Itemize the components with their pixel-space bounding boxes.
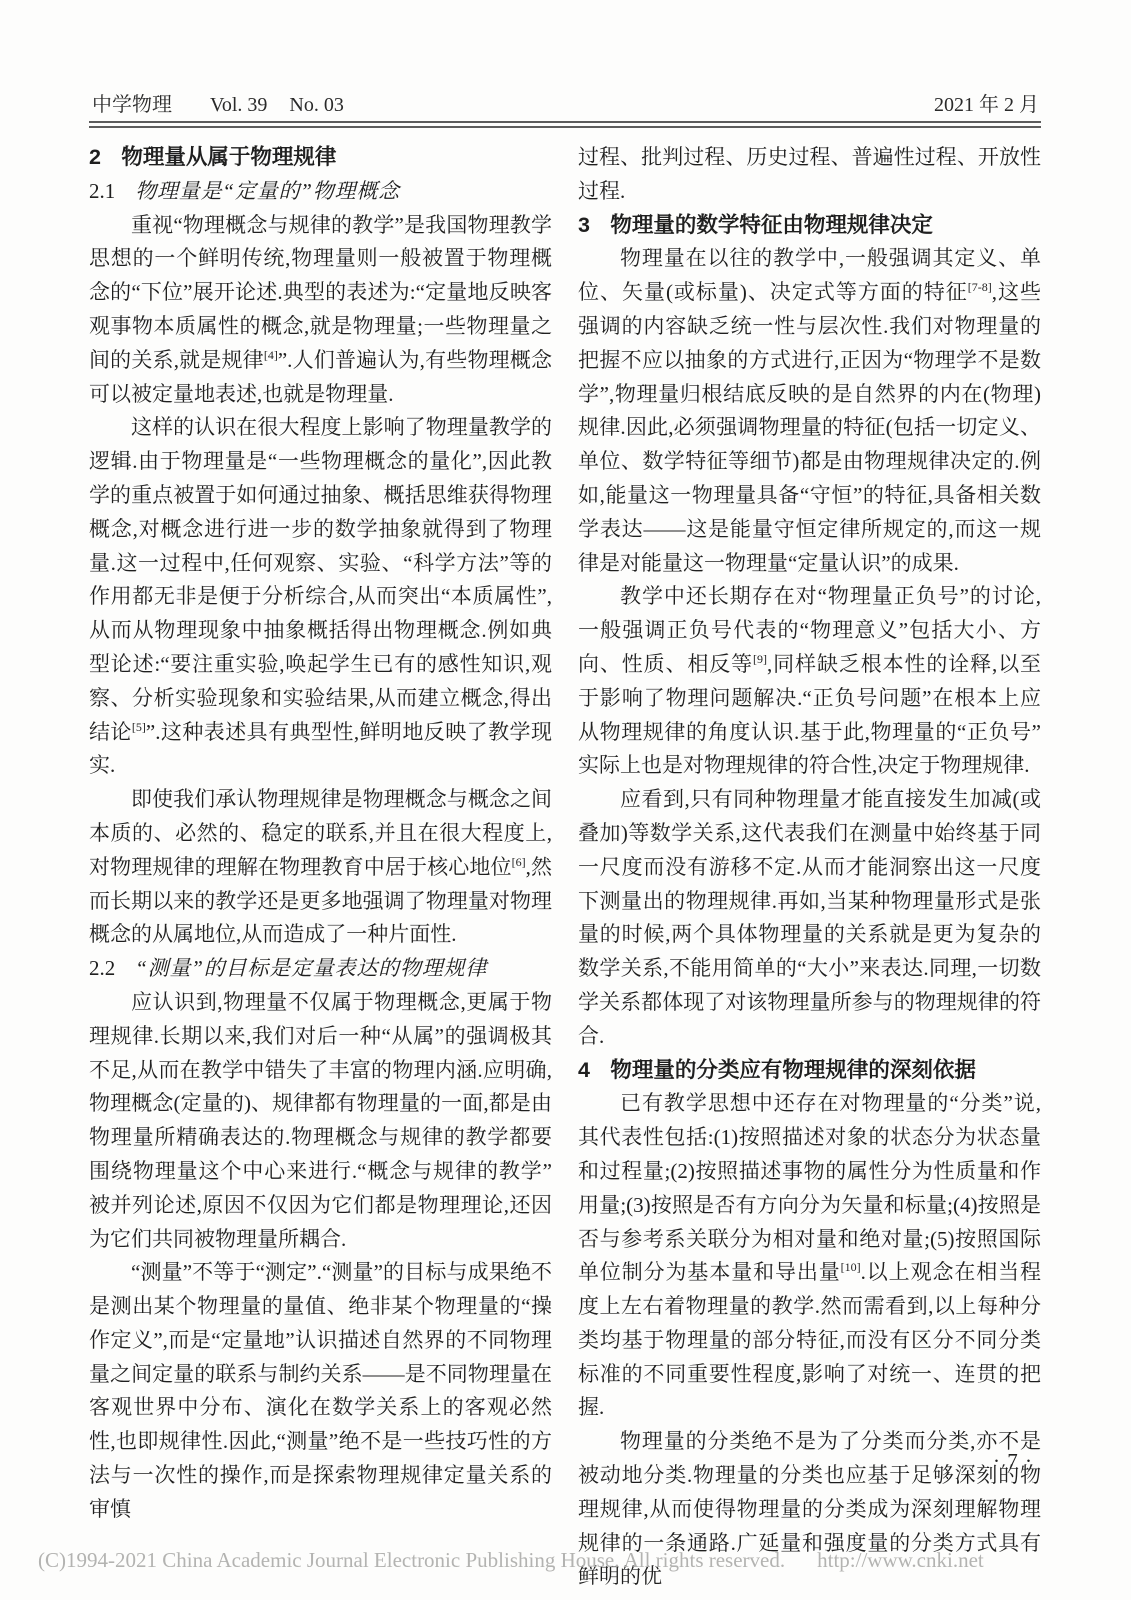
citation-ref: [6] — [512, 855, 526, 869]
journal-title: 中学物理 — [92, 94, 172, 116]
issue-date: 2021 年 2 月 — [934, 88, 1039, 117]
journal-volume: Vol. 39 — [210, 94, 267, 116]
paragraph: 应认识到,物理量不仅属于物理概念,更属于物理规律.长期以来,我们对后一种“从属”… — [89, 986, 552, 1256]
header-rule — [89, 121, 1041, 128]
heading-text: 物理量的分类应有物理规律的深刻依据 — [610, 1058, 976, 1082]
paragraph: 重视“物理概念与规律的教学”是我国物理教学思想的一个鲜明传统,物理量则一般被置于… — [89, 209, 552, 412]
heading-number: 2.2 — [89, 956, 115, 980]
page-number: · 7 · — [993, 1449, 1033, 1474]
copyright-text: (C)1994-2021 China Academic Journal Elec… — [38, 1548, 785, 1572]
heading-text: 物理量的数学特征由物理规律决定 — [610, 213, 933, 237]
paragraph: 即使我们承认物理规律是物理概念与概念之间本质的、必然的、稳定的联系,并且在很大程… — [89, 783, 552, 952]
heading-text: 物理量是“定量的”物理概念 — [135, 179, 400, 203]
journal-info: 中学物理Vol. 39No. 03 — [92, 88, 344, 117]
page-header: 中学物理Vol. 39No. 03 2021 年 2 月 — [92, 88, 1039, 117]
paragraph: 物理量在以往的教学中,一般强调其定义、单位、矢量(或标量)、决定式等方面的特征[… — [578, 242, 1041, 580]
journal-issue: No. 03 — [289, 94, 343, 116]
heading-number: 2.1 — [89, 179, 115, 203]
paragraph: 已有教学思想中还存在对物理量的“分类”说,其代表性包括:(1)按照描述对象的状态… — [578, 1087, 1041, 1425]
paragraph: 应看到,只有同种物理量才能直接发生加减(或叠加)等数学关系,这代表我们在测量中始… — [578, 783, 1041, 1053]
heading-number: 4 — [578, 1058, 590, 1082]
section-heading: 4物理量的分类应有物理规律的深刻依据 — [578, 1054, 1041, 1088]
heading-number: 3 — [578, 213, 590, 237]
citation-ref: [5] — [132, 720, 146, 734]
citation-ref: [10] — [841, 1260, 861, 1274]
subsection-heading: 2.2“测量”的目标是定量表达的物理规律 — [89, 952, 552, 986]
heading-text: 物理量从属于物理规律 — [121, 145, 336, 169]
citation-ref: [4] — [264, 348, 278, 362]
paragraph: “测量”不等于“测定”.“测量”的目标与成果绝不是测出某个物理量的量值、绝非某个… — [89, 1256, 552, 1526]
section-heading: 2物理量从属于物理规律 — [89, 141, 552, 175]
page-footer: (C)1994-2021 China Academic Journal Elec… — [38, 1548, 1093, 1573]
subsection-heading: 2.1物理量是“定量的”物理概念 — [89, 175, 552, 209]
article-body: 2物理量从属于物理规律2.1物理量是“定量的”物理概念重视“物理概念与规律的教学… — [89, 141, 1041, 1594]
journal-page: 中学物理Vol. 39No. 03 2021 年 2 月 2物理量从属于物理规律… — [0, 0, 1131, 1600]
citation-ref: [9] — [753, 652, 767, 666]
citation-ref: [7-8] — [968, 280, 992, 294]
footer-url: http://www.cnki.net — [817, 1548, 984, 1572]
paragraph: 这样的认识在很大程度上影响了物理量教学的逻辑.由于物理量是“一些物理概念的量化”… — [89, 411, 552, 783]
heading-text: “测量”的目标是定量表达的物理规律 — [135, 956, 487, 980]
left-column: 2物理量从属于物理规律2.1物理量是“定量的”物理概念重视“物理概念与规律的教学… — [89, 141, 552, 1594]
right-column: 过程、批判过程、历史过程、普遍性过程、开放性过程.3物理量的数学特征由物理规律决… — [578, 141, 1041, 1594]
section-heading: 3物理量的数学特征由物理规律决定 — [578, 209, 1041, 243]
paragraph: 教学中还长期存在对“物理量正负号”的讨论,一般强调正负号代表的“物理意义”包括大… — [578, 580, 1041, 783]
paragraph: 过程、批判过程、历史过程、普遍性过程、开放性过程. — [578, 141, 1041, 209]
heading-number: 2 — [89, 145, 101, 169]
